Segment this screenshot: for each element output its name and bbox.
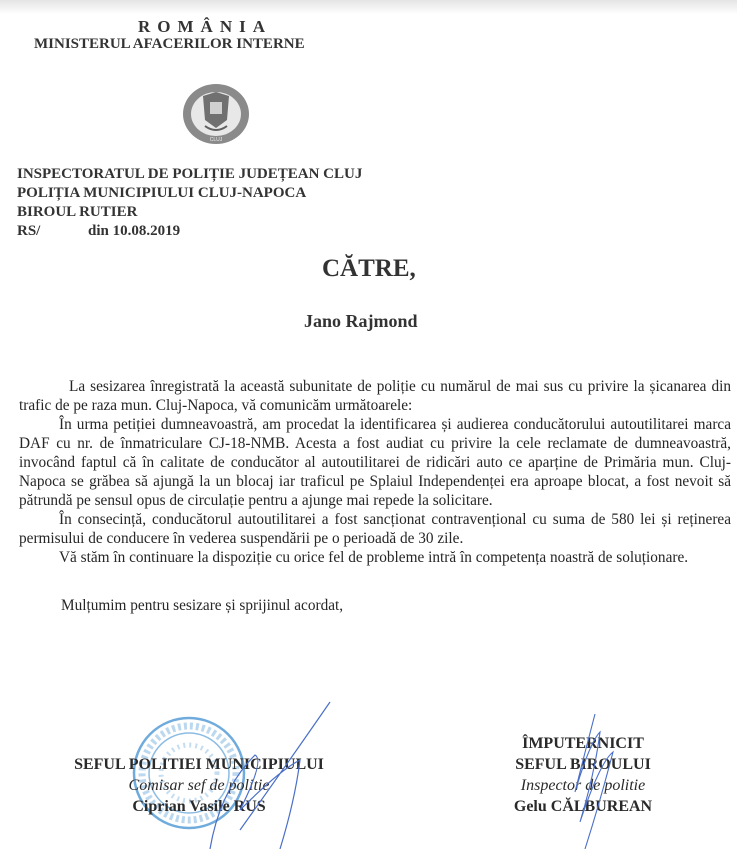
signer-left-name: Ciprian Vasile RUS [40,796,358,817]
signer-right-rank: Inspector de politie [493,775,673,796]
paragraph-2: În urma petiției dumneavoastră, am proce… [19,415,731,510]
signer-right-name: Gelu CĂLBUREAN [493,796,673,817]
institution-line-3: BIROUL RUTIER [17,203,137,222]
reference-date: din 10.08.2019 [88,222,180,241]
signer-right-title-1: ÎMPUTERNICIT [493,733,673,754]
paragraph-3: În consecință, conducătorul autoutilitar… [19,510,731,548]
country-heading: ROMÂNIA [138,17,272,37]
institution-line-1: INSPECTORATUL DE POLIȚIE JUDEȚEAN CLUJ [17,165,362,184]
reference-prefix: RS/ [17,222,40,241]
ministry-heading: MINISTERUL AFACERILOR INTERNE [34,36,305,53]
recipient-name: Jano Rajmond [304,311,418,332]
signer-left-title: SEFUL POLITIEI MUNICIPIULUI [40,754,358,775]
paragraph-1: La sesizarea înregistrată la această sub… [19,377,731,415]
salutation: CĂTRE, [322,255,416,283]
signer-left-rank: Comisar sef de politie [40,775,358,796]
paragraph-4: Vă stăm în continuare la dispoziție cu o… [19,548,731,567]
scan-edge-shading [0,0,737,14]
closing-line: Mulțumim pentru sesizare și sprijinul ac… [61,597,343,615]
institution-line-2: POLIȚIA MUNICIPIULUI CLUJ-NAPOCA [17,184,306,203]
police-coat-of-arms-icon: CLUJ [181,82,251,146]
signature-block-right: ÎMPUTERNICIT SEFUL BIROULUI Inspector de… [493,733,673,817]
svg-text:CLUJ: CLUJ [210,137,223,143]
signature-block-left: SEFUL POLITIEI MUNICIPIULUI Comisar sef … [40,754,358,817]
signer-right-title-2: SEFUL BIROULUI [493,754,673,775]
letter-body: La sesizarea înregistrată la această sub… [19,377,731,567]
